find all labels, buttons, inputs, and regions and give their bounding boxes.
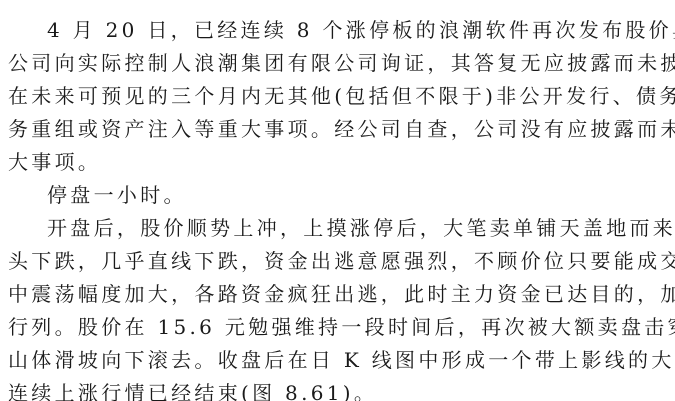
text-line: 大事项。 — [8, 150, 668, 174]
text-line: 停盘一小时。 — [47, 183, 668, 207]
text-line: 开盘后，股价顺势上冲，上摸涨停后，大笔卖单铺天盖地而来，股价掉 — [47, 216, 668, 240]
text-line: 务重组或资产注入等重大事项。经公司自查，公司没有应披露而未披露的重 — [8, 117, 668, 141]
text-line: 头下跌，几乎直线下跌，资金出逃意愿强烈，不顾价位只要能成交就卖，盘 — [8, 249, 668, 273]
text-line: 山体滑坡向下滚去。收盘后在日 K 线图中形成一个带上影线的大阴线，宣告 — [8, 348, 668, 372]
book-page: 4 月 20 日，已经连续 8 个涨停板的浪潮软件再次发布股价异动公告称， 公司… — [0, 0, 675, 401]
text-line: 公司向实际控制人浪潮集团有限公司询证，其答复无应披露而未披露的信息。 — [8, 51, 668, 75]
text-line: 4 月 20 日，已经连续 8 个涨停板的浪潮软件再次发布股价异动公告称， — [47, 18, 668, 42]
text-line: 连续上涨行情已经结束(图 8.61)。 — [8, 381, 668, 401]
text-line: 行列。股价在 15.6 元勉强维持一段时间后，再次被大额卖盘击穿，股价犹如 — [8, 315, 668, 339]
text-line: 中震荡幅度加大，各路资金疯狂出逃，此时主力资金已达目的，加入杀跌的 — [8, 282, 668, 306]
text-line: 在未来可预见的三个月内无其他(包括但不限于)非公开发行、债务重组、业 — [8, 84, 668, 108]
